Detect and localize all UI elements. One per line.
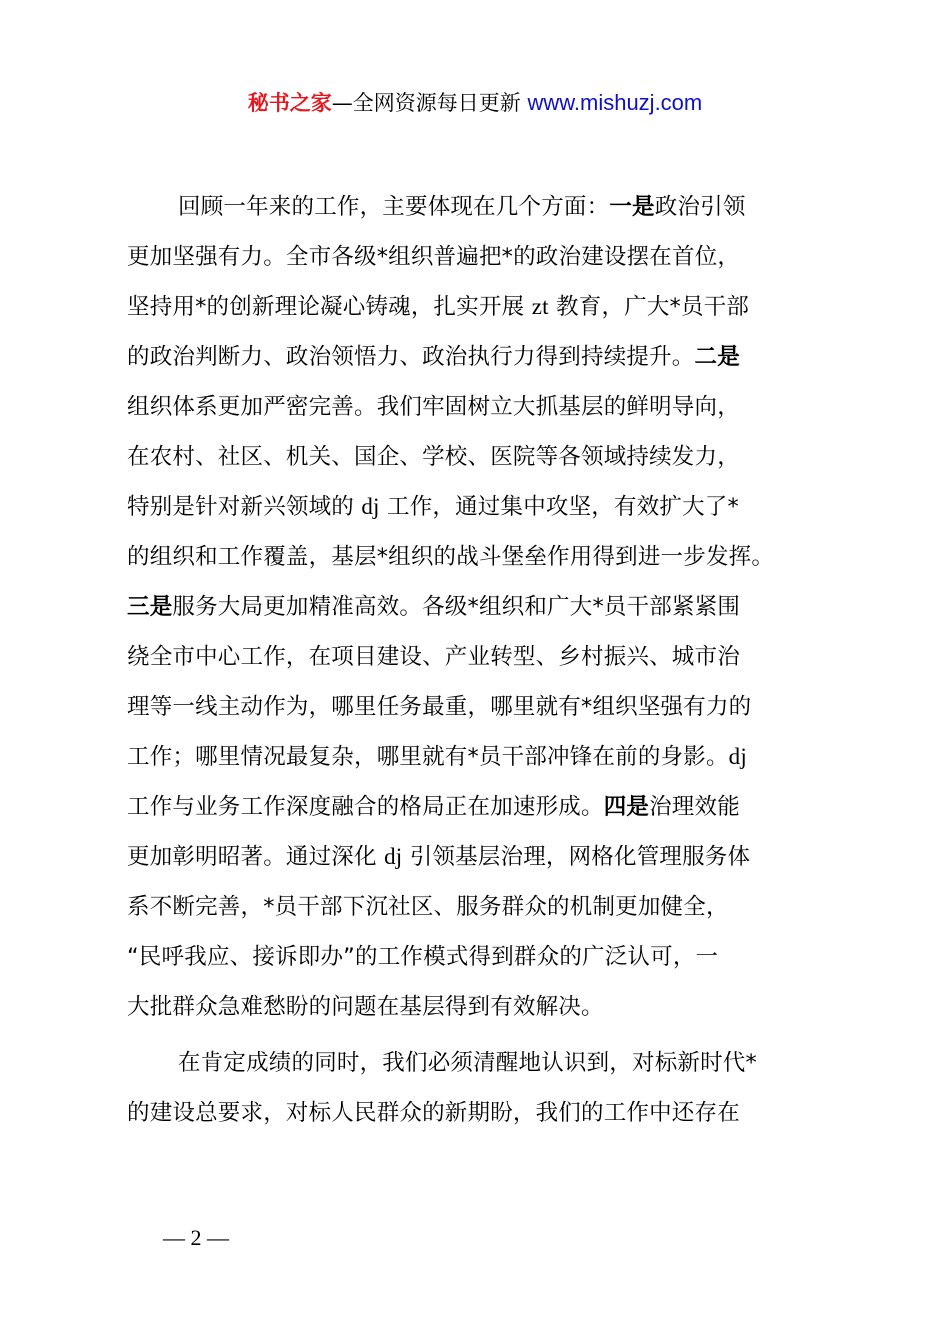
text-line: 坚持用*的创新理论凝心铸魂，扎实开展 zt 教育，广大*员干部 (127, 282, 837, 332)
point-one-label: 一是 (609, 194, 654, 220)
text-line: 在农村、社区、机关、国企、学校、医院等各领域持续发力， (127, 432, 837, 482)
page-number: — 2 — (163, 1225, 229, 1251)
text-line: 更加彰明昭著。通过深化 dj 引领基层治理，网格化管理服务体 (127, 832, 837, 882)
text-line: 绕全市中心工作，在项目建设、产业转型、乡村振兴、城市治 (127, 632, 837, 682)
text-line: 工作与业务工作深度融合的格局正在加速形成。四是治理效能 (127, 782, 837, 832)
text-line: 工作；哪里情况最复杂，哪里就有*员干部冲锋在前的身影。dj (127, 732, 837, 782)
paragraph-shortcomings: 在肯定成绩的同时，我们必须清醒地认识到，对标新时代* 的建设总要求，对标人民群众… (127, 1038, 837, 1138)
text-line: 系不断完善，*员干部下沉社区、服务群众的机制更加健全， (127, 882, 837, 932)
text-line: “民呼我应、接诉即办”的工作模式得到群众的广泛认可，一 (127, 932, 837, 982)
text-line: 回顾一年来的工作，主要体现在几个方面：一是政治引领 (127, 182, 837, 232)
text-line: 的组织和工作覆盖，基层*组织的战斗堡垒作用得到进一步发挥。 (127, 532, 837, 582)
point-three-label: 三是 (127, 594, 172, 620)
text-line: 理等一线主动作为，哪里任务最重，哪里就有*组织坚强有力的 (127, 682, 837, 732)
brand-name: 秘书之家 (248, 91, 332, 115)
text-line: 大批群众急难愁盼的问题在基层得到有效解决。 (127, 982, 837, 1032)
paragraph-achievements: 回顾一年来的工作，主要体现在几个方面：一是政治引领 更加坚强有力。全市各级*组织… (127, 182, 837, 1032)
text-line: 在肯定成绩的同时，我们必须清醒地认识到，对标新时代* (127, 1038, 837, 1088)
text-line: 三是服务大局更加精准高效。各级*组织和广大*员干部紧紧围 (127, 582, 837, 632)
point-four-label: 四是 (604, 794, 649, 820)
text-line: 更加坚强有力。全市各级*组织普遍把*的政治建设摆在首位， (127, 232, 837, 282)
header-tagline: —全网资源每日更新 (332, 91, 528, 115)
site-header-banner: 秘书之家—全网资源每日更新 www.mishuzj.com (0, 88, 950, 118)
document-body: 回顾一年来的工作，主要体现在几个方面：一是政治引领 更加坚强有力。全市各级*组织… (127, 182, 837, 1138)
site-url-link[interactable]: www.mishuzj.com (527, 90, 702, 115)
text-line: 的建设总要求，对标人民群众的新期盼，我们的工作中还存在 (127, 1088, 837, 1138)
text-line: 特别是针对新兴领域的 dj 工作，通过集中攻坚，有效扩大了* (127, 482, 837, 532)
text-line: 组织体系更加严密完善。我们牢固树立大抓基层的鲜明导向， (127, 382, 837, 432)
text-line: 的政治判断力、政治领悟力、政治执行力得到持续提升。二是 (127, 332, 837, 382)
point-two-label: 二是 (695, 344, 740, 370)
